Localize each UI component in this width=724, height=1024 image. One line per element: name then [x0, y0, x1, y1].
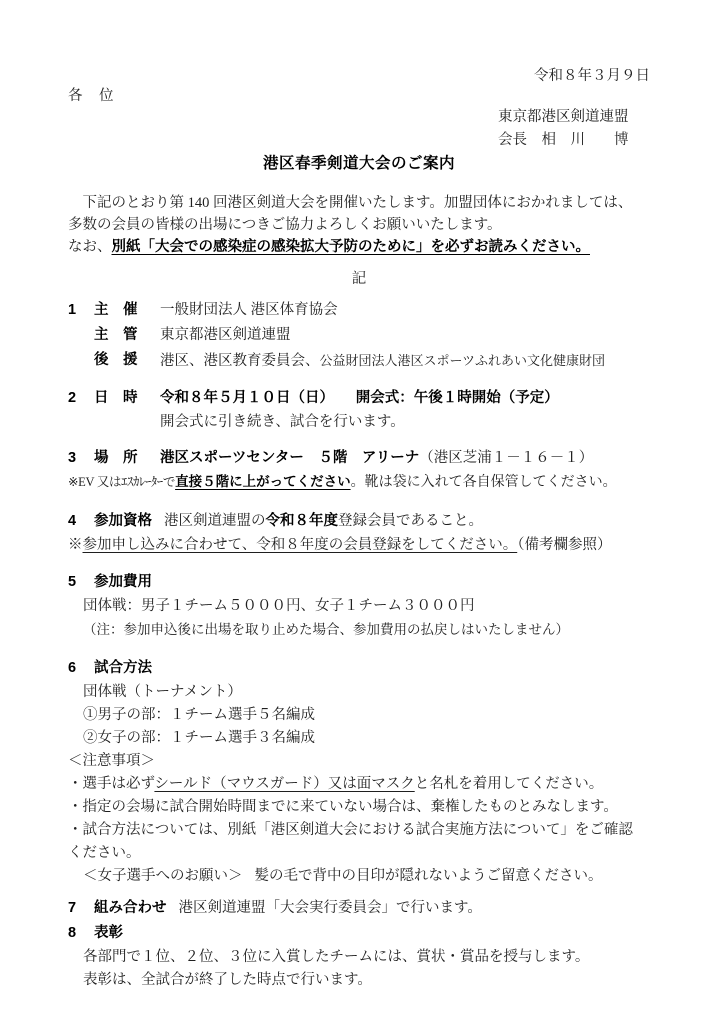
section-format: 6 試合方法 団体戦（トーナメント） ①男子の部：１チーム選手５名編成 ②女子の…	[68, 656, 650, 888]
datetime-row: 2 日 時 令和８年５月１０日（日） 開会式：午後１時開始（予定）	[68, 386, 650, 411]
section-venue: 3 場 所 港区スポーツセンター ５階 アリーナ（港区芝浦１－１６－１） ※EV…	[68, 446, 650, 493]
fee-row: 5 参加費用	[68, 570, 650, 595]
manager-value: 東京都港区剣道連盟	[160, 323, 650, 348]
intro-paragraph: 下記のとおり第 140 回港区剣道大会を開催いたします。加盟団体におかれましては…	[68, 192, 650, 258]
section-number: 7	[68, 896, 94, 921]
caution-shield-underlined: シールド（マウスガード）又は面マスク	[154, 776, 414, 792]
sender-organization: 東京都港区剣道連盟	[498, 106, 650, 129]
datetime-value: 令和８年５月１０日（日） 開会式：午後１時開始（予定）	[160, 386, 650, 411]
section-datetime: 2 日 時 令和８年５月１０日（日） 開会式：午後１時開始（予定） 開会式に引き…	[68, 386, 650, 433]
number-spacer	[68, 323, 94, 348]
section-number: 1	[68, 298, 94, 323]
addressee: 各 位	[68, 86, 650, 106]
section-hosting: 1 主 催 一般財団法人 港区体育協会 主 管 東京都港区剣道連盟 後 援 港区…	[68, 298, 650, 374]
caution-method-line1: ・試合方法については、別紙「港区剣道大会における試合実施方法について」をご確認	[68, 819, 650, 842]
cautions-heading: ＜注意事項＞	[68, 750, 650, 773]
section-number: 6	[68, 656, 94, 681]
section-number: 2	[68, 386, 94, 411]
datetime-note: 開会式に引き続き、試合を行います。	[160, 411, 650, 433]
awards-label: 表彰	[94, 921, 123, 946]
venue-note: ※EV 又はｴｽｶﾚｰﾀｰで直接５階に上がってください。靴は袋に入れて各自保管し…	[68, 471, 650, 493]
support-value-small: 公益財団法人港区スポーツふれあい文化健康財団	[320, 353, 605, 368]
caution-shield: ・選手は必ずシールド（マウスガード）又は面マスクと名札を着用してください。	[68, 773, 650, 796]
hosting-organizer-row: 1 主 催 一般財団法人 港区体育協会	[68, 298, 650, 323]
section-eligibility: 4 参加資格 港区剣道連盟の令和８年度登録会員であること。 ※参加申し込みに合わ…	[68, 509, 650, 556]
organizer-label: 主 催	[94, 298, 160, 323]
awards-timing: 表彰は、全試合が終了した時点で行います。	[83, 969, 650, 992]
intro-line-1: 下記のとおり第 140 回港区剣道大会を開催いたします。加盟団体におかれましては…	[68, 192, 650, 214]
eligibility-value-prefix: 港区剣道連盟の	[164, 513, 266, 529]
venue-address: （港区芝浦１－１６－１）	[419, 450, 593, 466]
venue-note-emphasis: 直接５階に上がってください	[175, 474, 351, 489]
intro-line-3: なお、別紙「大会での感染症の感染拡大予防のために」を必ずお読みください。	[68, 236, 650, 258]
support-value-main: 港区、港区教育委員会、	[160, 353, 320, 369]
eligibility-value: 港区剣道連盟の令和８年度登録会員であること。	[164, 509, 650, 534]
eligibility-note: ※参加申し込みに合わせて、令和８年度の会員登録をしてください。（備考欄参照）	[68, 534, 650, 556]
awards-prizes: 各部門で１位、２位、３位に入賞したチームには、賞状・賞品を授与します。	[83, 946, 650, 969]
format-women: ②女子の部：１チーム選手３名編成	[83, 727, 650, 750]
caution-women-heading: ＜女子選手へのお願い＞	[83, 868, 243, 884]
format-label: 試合方法	[94, 656, 152, 681]
pairing-value: 港区剣道連盟「大会実行委員会」で行います。	[179, 896, 651, 921]
eligibility-label: 参加資格	[94, 509, 152, 534]
intro-line-3-emphasis: 別紙「大会での感染症の感染拡大予防のために」を必ずお読みください。	[112, 239, 591, 255]
document-page: 令和８年３月９日 各 位 東京都港区剣道連盟 会長 相 川 博 港区春季剣道大会…	[0, 0, 724, 1024]
pairing-label: 組み合わせ	[94, 896, 167, 921]
caution-method-line2: ください。	[68, 842, 650, 865]
pairing-row: 7 組み合わせ 港区剣道連盟「大会実行委員会」で行います。	[68, 896, 650, 921]
section-number: 3	[68, 446, 94, 471]
format-row: 6 試合方法	[68, 656, 650, 681]
datetime-label: 日 時	[94, 386, 160, 411]
fee-refund-note: （注：参加申込後に出場を取り止めた場合、参加費用の払戻しはいたしません）	[83, 618, 650, 641]
section-number: 5	[68, 570, 94, 595]
caution-forfeit: ・指定の会場に試合開始時間までに来ていない場合は、棄権したものとみなします。	[68, 796, 650, 819]
eligibility-note-ref: （備考欄参照）	[517, 537, 611, 553]
eligibility-note-marker: ※	[68, 537, 83, 553]
hosting-support-row: 後 援 港区、港区教育委員会、公益財団法人港区スポーツふれあい文化健康財団	[68, 348, 650, 374]
caution-shield-prefix: ・選手は必ず	[68, 776, 154, 792]
eligibility-value-year: 令和８年度	[266, 513, 339, 529]
caution-women: ＜女子選手へのお願い＞髪の毛で背中の目印が隠れないようご留意ください。	[83, 865, 650, 888]
document-title: 港区春季剣道大会のご案内	[68, 152, 650, 176]
fee-amounts: 団体戦：男子１チーム５０００円、女子１チーム３０００円	[83, 595, 650, 618]
support-value: 港区、港区教育委員会、公益財団法人港区スポーツふれあい文化健康財団	[160, 348, 650, 374]
venue-value: 港区スポーツセンター ５階 アリーナ（港区芝浦１－１６－１）	[160, 446, 650, 471]
number-spacer	[68, 348, 94, 374]
venue-name: 港区スポーツセンター ５階 アリーナ	[160, 450, 419, 466]
section-number: 8	[68, 921, 94, 946]
sender-president: 会長 相 川 博	[498, 129, 650, 152]
section-fee: 5 参加費用 団体戦：男子１チーム５０００円、女子１チーム３０００円 （注：参加…	[68, 570, 650, 641]
eligibility-value-suffix: 登録会員であること。	[338, 513, 483, 529]
support-label: 後 援	[94, 348, 160, 374]
intro-line-2: 多数の会員の皆様の出場につきご協力よろしくお願いいたします。	[68, 214, 650, 236]
hosting-manager-row: 主 管 東京都港区剣道連盟	[68, 323, 650, 348]
manager-label: 主 管	[94, 323, 160, 348]
record-marker: 記	[68, 268, 650, 290]
eligibility-note-underlined: 参加申し込みに合わせて、令和８年度の会員登録をしてください。	[83, 537, 518, 553]
caution-shield-suffix: と名札を着用してください。	[415, 776, 604, 792]
intro-line-3-prefix: なお、	[68, 239, 112, 255]
format-men: ①男子の部：１チーム選手５名編成	[83, 704, 650, 727]
venue-label: 場 所	[94, 446, 160, 471]
fee-label: 参加費用	[94, 570, 152, 595]
document-date: 令和８年３月９日	[68, 66, 650, 86]
caution-women-text: 髪の毛で背中の目印が隠れないようご留意ください。	[255, 868, 603, 884]
venue-row: 3 場 所 港区スポーツセンター ５階 アリーナ（港区芝浦１－１６－１）	[68, 446, 650, 471]
section-pairing: 7 組み合わせ 港区剣道連盟「大会実行委員会」で行います。 8 表彰 各部門で１…	[68, 896, 650, 992]
section-number: 4	[68, 509, 94, 534]
venue-note-prefix: ※EV 又はｴｽｶﾚｰﾀｰで	[68, 475, 175, 489]
venue-note-suffix: 。靴は袋に入れて各自保管してください。	[351, 475, 617, 490]
organizer-value: 一般財団法人 港区体育協会	[160, 298, 650, 323]
eligibility-row: 4 参加資格 港区剣道連盟の令和８年度登録会員であること。	[68, 509, 650, 534]
awards-row: 8 表彰	[68, 921, 650, 946]
sender-block: 東京都港区剣道連盟 会長 相 川 博	[498, 106, 650, 152]
format-type: 団体戦（トーナメント）	[83, 681, 650, 704]
